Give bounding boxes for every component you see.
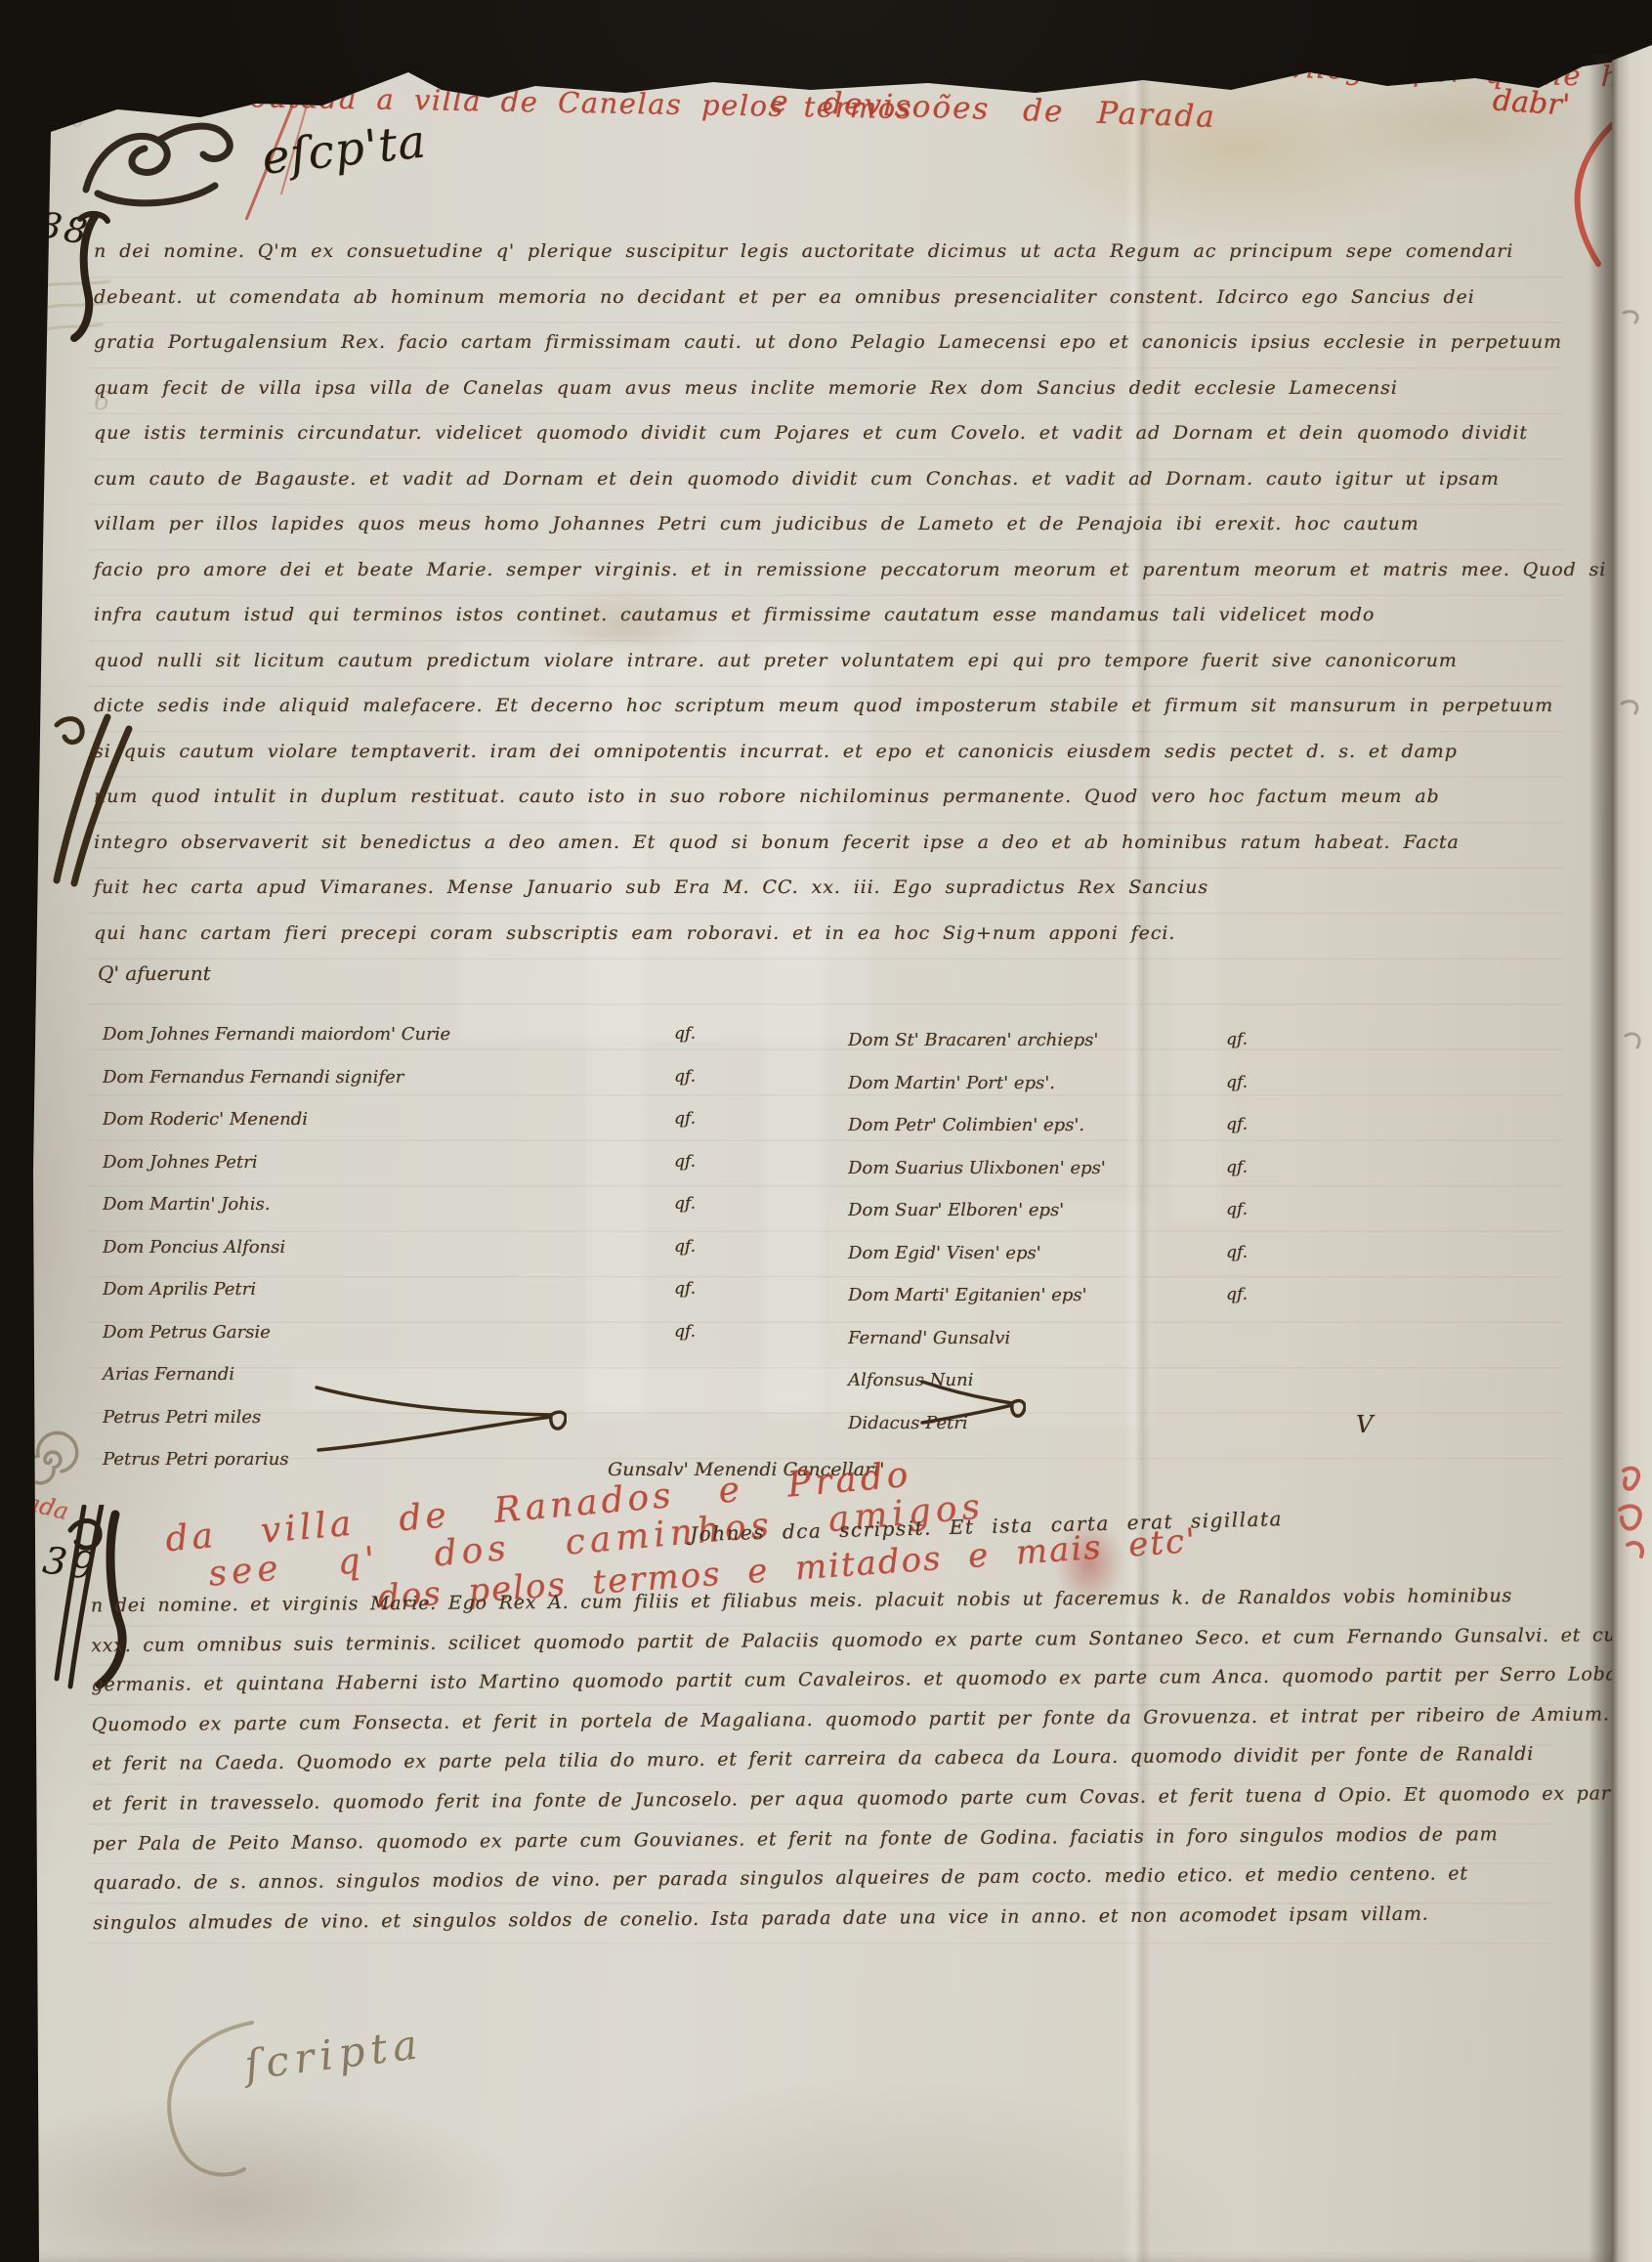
- rubric-line1: Nobro e cabidoo da see da cidade de Lame…: [381, 25, 1639, 94]
- witness-name: Dom Martin' Port' eps'.: [848, 1073, 1055, 1093]
- charter-line: quam fecit de villa ipsa villa de Canela…: [94, 365, 1563, 411]
- witness-heading: Q' afuerunt: [98, 961, 211, 985]
- confirmation-mark: qf.: [1226, 1200, 1248, 1219]
- witness-name: Dom St' Bracaren' archieps': [848, 1030, 1098, 1050]
- witness-name: Arias Fernandi: [103, 1364, 234, 1385]
- charter-line: dicte sedis inde aliquid malefacere. Et …: [94, 683, 1563, 729]
- witness-row: Petrus Petri miles: [103, 1407, 696, 1450]
- confirmation-mark: qf.: [1226, 1243, 1248, 1262]
- witness-name: Petrus Petri porarius: [103, 1449, 289, 1470]
- charter-line: integro observaverit sit benedictus a de…: [94, 820, 1563, 866]
- charter-line: cum cauto de Bagauste. et vadit ad Dorna…: [94, 456, 1563, 502]
- spiral-doodle-icon: [18, 1429, 80, 1491]
- charter-doc1-text: n dei nomine. Q'm ex consuetudine q' ple…: [94, 229, 1563, 956]
- next-folio-edge: [1612, 0, 1652, 2262]
- charter-line: qui hanc cartam fieri precepi coram subs…: [94, 911, 1563, 957]
- witness-row: Dom Fernandus Fernandi signiferqf.: [103, 1067, 696, 1110]
- witness-row: Dom Petrus Garsieqf.: [103, 1322, 696, 1365]
- bottom-note: ſcripta: [242, 2020, 426, 2089]
- witness-name: Dom Suarius Ulixbonen' eps': [848, 1158, 1106, 1178]
- witness-row: Dom Johnes Fernandi maiordom' Curieqf.: [103, 1024, 696, 1067]
- witness-row: Dom Martin' Port' eps'.qf.: [848, 1073, 1248, 1116]
- charter-line: fuit hec carta apud Vimaranes. Mense Jan…: [94, 865, 1563, 911]
- confirmation-mark: qf.: [674, 1279, 696, 1299]
- confirmation-mark: qf.: [674, 1194, 696, 1214]
- mid-rubric-margin-word: ſtada: [6, 1484, 71, 1525]
- charter-line: facio pro amore dei et beate Marie. semp…: [94, 547, 1563, 593]
- confirmation-mark: qf.: [674, 1322, 696, 1342]
- witness-name: Dom Poncius Alfonsi: [103, 1237, 285, 1258]
- witness-name: Dom Suar' Elboren' eps': [848, 1200, 1064, 1220]
- charter-line: debeant. ut comendata ab hominum memoria…: [94, 275, 1563, 320]
- confirmation-mark: qf.: [674, 1237, 696, 1257]
- margin-faded-word: hro: [45, 107, 85, 136]
- confirmation-mark: qf.: [674, 1024, 696, 1044]
- charter-line: infra cautum istud qui terminos istos co…: [94, 592, 1563, 638]
- confirmation-mark: qf.: [1226, 1073, 1248, 1092]
- charter-doc2-text: n dei nomine. et virginis Marie. Ego Rex…: [91, 1576, 1559, 1943]
- margin-number-38: 38: [36, 205, 93, 253]
- witness-row: Alfonsus Nuni: [848, 1370, 1248, 1413]
- witness-name: Dom Martin' Johis.: [103, 1194, 270, 1215]
- witness-row: Dom Aprilis Petriqf.: [103, 1279, 696, 1322]
- witness-row: Dom St' Bracaren' archieps'qf.: [848, 1030, 1248, 1073]
- charter-line: villam per illos lapides quos meus homo …: [94, 501, 1563, 547]
- margin-number-39: 39: [40, 1538, 101, 1588]
- rubric-edge-fragment: dabr': [1492, 83, 1571, 122]
- witness-row: Didacus Petri: [848, 1413, 1248, 1456]
- witness-name: Dom Aprilis Petri: [103, 1279, 256, 1300]
- witness-column-left: Dom Johnes Fernandi maiordom' Curieqf. D…: [103, 1024, 696, 1492]
- witness-row: Dom Petr' Colimbien' eps'.qf.: [848, 1115, 1248, 1158]
- confirmation-mark: qf.: [674, 1067, 696, 1087]
- charter-line: gratia Portugalensium Rex. facio cartam …: [94, 320, 1563, 365]
- witness-name: Petrus Petri miles: [103, 1407, 261, 1428]
- witness-column-right: Dom St' Bracaren' archieps'qf. Dom Marti…: [848, 1030, 1248, 1455]
- confirmation-mark: qf.: [1226, 1158, 1248, 1177]
- confirmation-mark: qf.: [1226, 1030, 1248, 1049]
- confirmation-mark: qf.: [1226, 1285, 1248, 1304]
- witness-name: Dom Petr' Colimbien' eps'.: [848, 1115, 1084, 1135]
- witness-name: Fernand' Gunsalvi: [848, 1328, 1010, 1348]
- witness-name: Dom Johnes Petri: [103, 1152, 257, 1173]
- strip-red-marks-icon: [1614, 1461, 1652, 1578]
- witness-row: Dom Suar' Elboren' eps'qf.: [848, 1200, 1248, 1243]
- witness-name: Dom Marti' Egitanien' eps': [848, 1285, 1087, 1305]
- witness-name: Alfonsus Nuni: [848, 1370, 973, 1390]
- strip-bleed-marks-icon: [1616, 293, 1649, 1173]
- photo-backdrop: Item dm' A Nobro e cabidoo da see da cid…: [0, 0, 1652, 2262]
- witness-row: Dom Martin' Johis.qf.: [103, 1194, 696, 1237]
- witness-row: Fernand' Gunsalvi: [848, 1328, 1248, 1371]
- witness-name: Dom Fernandus Fernandi signifer: [103, 1067, 403, 1088]
- witness-row: Dom Egid' Visen' eps'qf.: [848, 1243, 1248, 1286]
- witness-name: Didacus Petri: [848, 1413, 968, 1433]
- v-mark: V: [1356, 1411, 1373, 1438]
- witness-name: Dom Johnes Fernandi maiordom' Curie: [103, 1024, 450, 1045]
- charter-line: si quis cautum violare temptaverit. iram…: [94, 729, 1563, 775]
- witness-name: Dom Petrus Garsie: [103, 1322, 271, 1343]
- charter-line: n dei nomine. Q'm ex consuetudine q' ple…: [94, 229, 1563, 275]
- witness-row: Dom Poncius Alfonsiqf.: [103, 1237, 696, 1280]
- witness-name: Dom Roderic' Menendi: [103, 1109, 308, 1130]
- rubric-margin-fragment: Item dm' A: [32, 46, 238, 96]
- notarial-flourish-icon: [68, 115, 274, 223]
- witness-row: Dom Marti' Egitanien' eps'qf.: [848, 1285, 1248, 1328]
- charter-line: que istis terminis circundatur. videlice…: [94, 410, 1563, 456]
- confirmation-mark: qf.: [1226, 1115, 1248, 1134]
- confirmation-mark: qf.: [674, 1109, 696, 1129]
- witness-row: Dom Johnes Petriqf.: [103, 1152, 696, 1195]
- charter-line: quod nulli sit licitum cautum predictum …: [94, 638, 1563, 684]
- witness-name: Dom Egid' Visen' eps': [848, 1243, 1041, 1263]
- witness-row: Dom Suarius Ulixbonen' eps'qf.: [848, 1158, 1248, 1201]
- witness-row: Dom Roderic' Menendiqf.: [103, 1109, 696, 1152]
- charter-line: num quod intulit in duplum restituat. ca…: [94, 774, 1563, 820]
- manuscript-page: Item dm' A Nobro e cabidoo da see da cid…: [0, 0, 1652, 2262]
- bottom-curve-icon: [135, 2005, 272, 2181]
- witness-row: Arias Fernandi: [103, 1364, 696, 1407]
- confirmation-mark: qf.: [674, 1152, 696, 1172]
